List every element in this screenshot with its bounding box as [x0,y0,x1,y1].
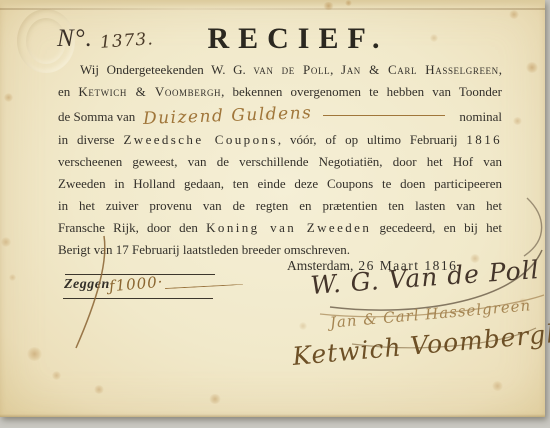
body-run: en [58,84,78,99]
foxing-spot [94,385,104,394]
body-line-8: Fransche Rijk, door den Koning van Zweed… [58,217,502,239]
body-run: Fransche Rijk, door den [58,220,206,235]
foxing-spot [526,62,538,73]
year-1816: 1816 [466,132,502,147]
paper-crease [0,8,545,10]
paper-document: N°.1373. RECIEF. Wij Ondergeteekenden W.… [0,0,545,417]
rule-line [63,298,213,299]
foxing-spot [4,93,13,102]
ink-dash [165,284,243,289]
foxing-spot [1,237,11,247]
foxing-spot [509,10,519,19]
body-run: , [330,62,341,77]
foxing-spot [9,274,16,281]
document-number: N°.1373. [57,25,154,53]
body-run: , [499,62,502,77]
ink-dash [323,115,446,116]
emphasis-zweedsche-coupons: Zweedsche Coupons [123,132,277,147]
body-text: Wij Ondergeteekenden W. G. van de Poll, … [58,59,502,261]
body-line-7: in het zuiver provenu van de regten en p… [58,195,502,217]
amount-in-words-block: Zeggen ƒ1000· [63,272,213,300]
somma-printed-left: de Somma van [58,104,135,130]
name-ketwich-voombergh: Ketwich & Voombergh [78,84,221,99]
body-line-4: in diverse Zweedsche Coupons, vóór, of o… [58,129,502,151]
emphasis-koning-van-zweeden: Koning van Zweeden [206,220,371,235]
body-line-6: Zweeden in Holland gedaan, ten einde dez… [58,173,502,195]
body-run: , bekennen overgenomen te hebben van Too… [221,84,502,99]
amount-handwritten: ƒ1000· [108,273,164,296]
name-hasselgreen: Jan & Carl Hasselgreen [341,62,499,77]
body-run: in diverse [58,132,123,147]
somma-line: de Somma vanDuizend Guldensnominal [58,103,502,129]
foxing-spot [299,322,307,330]
name-van-de-poll: van de Poll [253,62,330,77]
number-value-handwritten: 1373. [99,29,154,53]
body-run: , vóór, of op ultimo Februarij [278,132,467,147]
foxing-spot [492,381,503,391]
foxing-spot [52,371,61,380]
body-line-1: Wij Ondergeteekenden W. G. van de Poll, … [58,59,502,81]
foxing-spot [27,347,42,361]
paper-bottom-edge [0,414,545,417]
zeggen-label: Zeggen [64,277,110,293]
number-label: N°. [57,25,93,52]
foxing-spot [513,117,522,125]
somma-printed-right: nominal [459,104,502,130]
somma-amount-handwritten: Duizend Guldens [143,100,313,132]
document-title: RECIEF. [198,22,398,56]
body-run: Wij Ondergeteekenden W. G. [80,62,253,77]
body-line-5: verscheenen geweest, van de verschillend… [58,151,502,173]
body-run: gecedeerd, en bij het [371,220,502,235]
foxing-spot [345,0,352,6]
body-line-2: en Ketwich & Voombergh, bekennen overgen… [58,81,502,103]
foxing-spot [209,394,221,404]
scanned-receipt: N°.1373. RECIEF. Wij Ondergeteekenden W.… [0,0,550,428]
foxing-spot [323,2,334,10]
foxing-spot [430,34,438,42]
